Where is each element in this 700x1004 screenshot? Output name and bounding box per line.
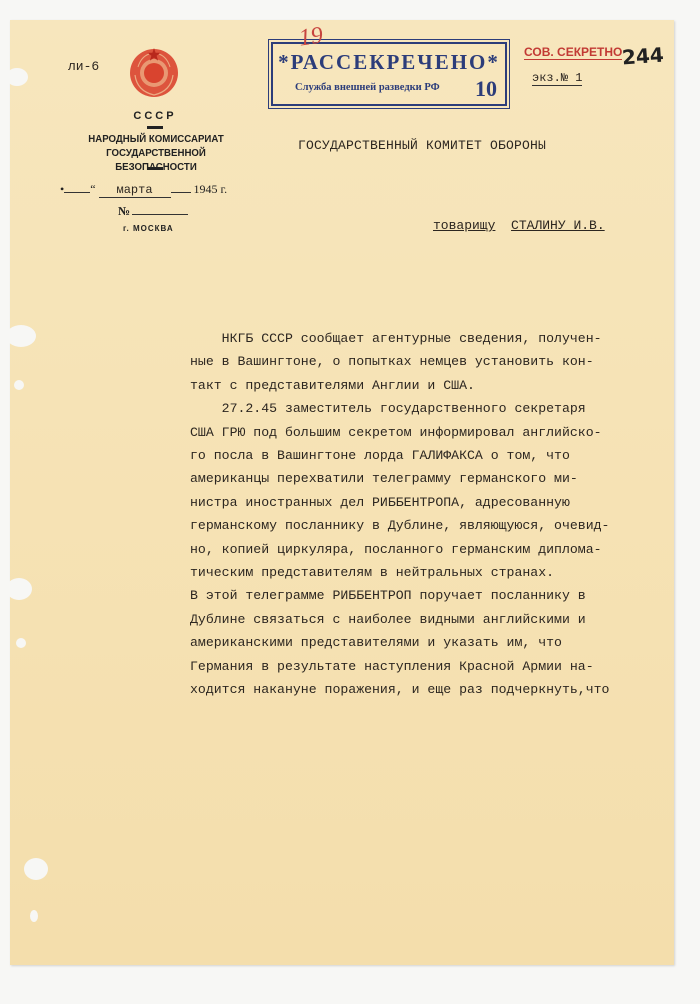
body-line: НКГБ СССР сообщает агентурные сведения, …: [190, 327, 670, 350]
document-number: №: [118, 204, 188, 219]
stamp-number: 10: [475, 76, 497, 102]
addressee: товарищу СТАЛИНУ И.В.: [433, 218, 605, 233]
body-line: Дублине связаться с наиболее видными анг…: [190, 608, 670, 631]
body-line: 27.2.45 заместитель государственного сек…: [190, 397, 670, 420]
body-line: такт с представителями Англии и США.: [190, 374, 670, 397]
body-line: США ГРЮ под большим секретом информирова…: [190, 421, 670, 444]
ussr-emblem-icon: [127, 45, 181, 99]
punch-hole: [6, 68, 28, 86]
divider: [147, 126, 163, 129]
punch-hole: [6, 325, 36, 347]
organization-line-1: НАРОДНЫЙ КОМИССАРИАТ: [66, 132, 246, 146]
date-year: 1945 г.: [194, 182, 228, 196]
body-line: американскими представителями и указать …: [190, 631, 670, 654]
classification-label: СОВ. СЕКРЕТНО: [524, 45, 622, 60]
body-line: нистра иностранных дел РИББЕНТРОПА, адре…: [190, 491, 670, 514]
addressee-prefix: товарищу: [433, 218, 495, 233]
body-line: ходится накануне поражения, и еще раз по…: [190, 678, 670, 701]
stamp-title: *РАССЕКРЕЧЕНО*: [273, 50, 505, 75]
body-line: но, копией циркуляра, посланного германс…: [190, 538, 670, 561]
city-label: г. МОСКВА: [123, 224, 174, 233]
document-body: НКГБ СССР сообщает агентурные сведения, …: [190, 327, 670, 702]
date-quote: “: [90, 182, 95, 196]
number-label: №: [118, 204, 130, 218]
punch-hole: [14, 380, 24, 390]
country-label: СССР: [60, 110, 250, 122]
punch-hole: [30, 910, 38, 922]
document-date: •“ марта 1945 г.: [60, 182, 260, 198]
handwritten-mark: 19: [297, 22, 325, 52]
handwritten-number: 244: [621, 43, 664, 70]
declassified-stamp: 19 *РАССЕКРЕЧЕНО* Служба внешней разведк…: [271, 42, 507, 106]
copy-number: экз.№ 1: [532, 71, 582, 86]
body-line: американцы перехватили телеграмму герман…: [190, 467, 670, 490]
addressee-name: СТАЛИНУ И.В.: [511, 218, 605, 233]
punch-hole: [16, 638, 26, 648]
body-line: ные в Вашингтоне, о попытках немцев уста…: [190, 350, 670, 373]
body-line: го посла в Вашингтоне лорда ГАЛИФАКСА о …: [190, 444, 670, 467]
recipient-organization: ГОСУДАРСТВЕННЫЙ КОМИТЕТ ОБОРОНЫ: [298, 138, 546, 153]
body-line: Германия в результате наступления Красно…: [190, 655, 670, 678]
stamp-agency: Служба внешней разведки РФ: [295, 82, 440, 93]
punch-hole: [6, 578, 32, 600]
body-line: тическим представителям в нейтральных ст…: [190, 561, 670, 584]
date-month: марта: [99, 183, 171, 198]
body-line: В этой телеграмме РИББЕНТРОП поручает по…: [190, 584, 670, 607]
divider: [147, 167, 163, 170]
punch-hole: [24, 858, 48, 880]
series-code: ли-6: [68, 59, 99, 74]
body-line: германскому посланнику в Дублине, являющ…: [190, 514, 670, 537]
